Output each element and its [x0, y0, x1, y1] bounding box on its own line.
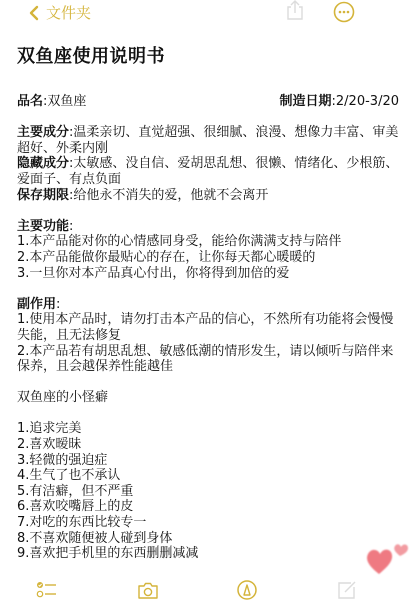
quirk-item: 3.轻微的强迫症 [17, 453, 399, 469]
hidden-ingredients: 隐藏成分:太敏感、没自信、爱胡思乱想、很懒、情绪化、少根筋、爱面子、有点负面 [17, 156, 399, 187]
hearts-decoration-icon [365, 538, 415, 578]
markup-pen-icon[interactable] [236, 580, 258, 600]
shelf-life: 保存期限:给他永不消失的爱，他就不会离开 [17, 188, 399, 204]
compose-icon[interactable] [336, 580, 358, 600]
functions-colon: : [69, 219, 73, 234]
hidden-ingredients-value: :太敏感、没自信、爱胡思乱想、很懒、情绪化、少根筋、爱面子、有点负面 [17, 156, 398, 187]
more-icon[interactable] [333, 1, 355, 23]
function-item: 1.本产品能对你的心情感同身受，能给你满满支持与陪伴 [17, 234, 399, 250]
shelf-life-label: 保存期限 [17, 188, 69, 203]
quirk-item: 4.生气了也不承认 [17, 468, 399, 484]
product-info-row: 品名:双鱼座 制造日期:2/20-3/20 [17, 94, 399, 110]
chevron-left-icon [28, 5, 40, 21]
hidden-ingredients-label: 隐藏成分 [17, 156, 69, 171]
side-effects-heading: 副作用: [17, 297, 399, 313]
share-icon[interactable] [284, 0, 306, 20]
manufacture-date-value: :2/20-3/20 [332, 94, 399, 109]
back-button[interactable]: 文件夹 [28, 2, 91, 23]
main-ingredients-value: :温柔亲切、直觉超强、很细腻、浪漫、想像力丰富、审美超好、外柔内刚 [17, 125, 398, 156]
side-effect-item: 2.本产品若有胡思乱想、敏感低潮的情形发生，请以倾听与陪伴来保养，且会越保养性能… [17, 344, 399, 375]
camera-icon[interactable] [137, 580, 159, 600]
quirk-item: 6.喜欢咬嘴唇上的皮 [17, 499, 399, 515]
side-effects-colon: : [56, 297, 60, 312]
function-item: 2.本产品能做你最贴心的存在，让你每天都心暖暖的 [17, 250, 399, 266]
side-effect-item: 1.使用本产品时，请勿打击本产品的信心，不然所有功能将会慢慢失能，且无法修复 [17, 312, 399, 343]
main-ingredients-label: 主要成分 [17, 125, 69, 140]
manufacture-date-label: 制造日期 [280, 94, 332, 109]
quirk-item: 2.喜欢暧昧 [17, 437, 399, 453]
product-name-value: :双鱼座 [43, 94, 86, 109]
main-ingredients: 主要成分:温柔亲切、直觉超强、很细腻、浪漫、想像力丰富、审美超好、外柔内刚 [17, 125, 399, 156]
product-name-label: 品名 [17, 94, 43, 109]
quirk-item: 7.对吃的东西比较专一 [17, 515, 399, 531]
functions-heading: 主要功能: [17, 219, 399, 235]
back-label: 文件夹 [46, 2, 91, 23]
functions-heading-text: 主要功能 [17, 219, 69, 234]
note-body[interactable]: 品名:双鱼座 制造日期:2/20-3/20 主要成分:温柔亲切、直觉超强、很细腻… [17, 94, 399, 562]
side-effects-heading-text: 副作用 [17, 297, 56, 312]
checklist-icon[interactable] [36, 580, 58, 600]
product-name: 品名:双鱼座 [17, 94, 86, 110]
quirk-item: 8.不喜欢随便被人碰到身体 [17, 531, 399, 547]
quirk-item: 1.追求完美 [17, 421, 399, 437]
shelf-life-value: :给他永不消失的爱，他就不会离开 [69, 188, 268, 203]
quirks-heading: 双鱼座的小怪癖 [17, 390, 399, 406]
manufacture-date: 制造日期:2/20-3/20 [280, 94, 399, 110]
note-title: 双鱼座使用说明书 [17, 42, 165, 68]
bottom-toolbar [0, 576, 415, 600]
quirk-item: 9.喜欢把手机里的东西删删减减 [17, 546, 399, 562]
navigation-bar: 文件夹 [0, 0, 415, 26]
quirk-item: 5.有洁癖，但不严重 [17, 484, 399, 500]
function-item: 3.一旦你对本产品真心付出，你将得到加倍的爱 [17, 266, 399, 282]
